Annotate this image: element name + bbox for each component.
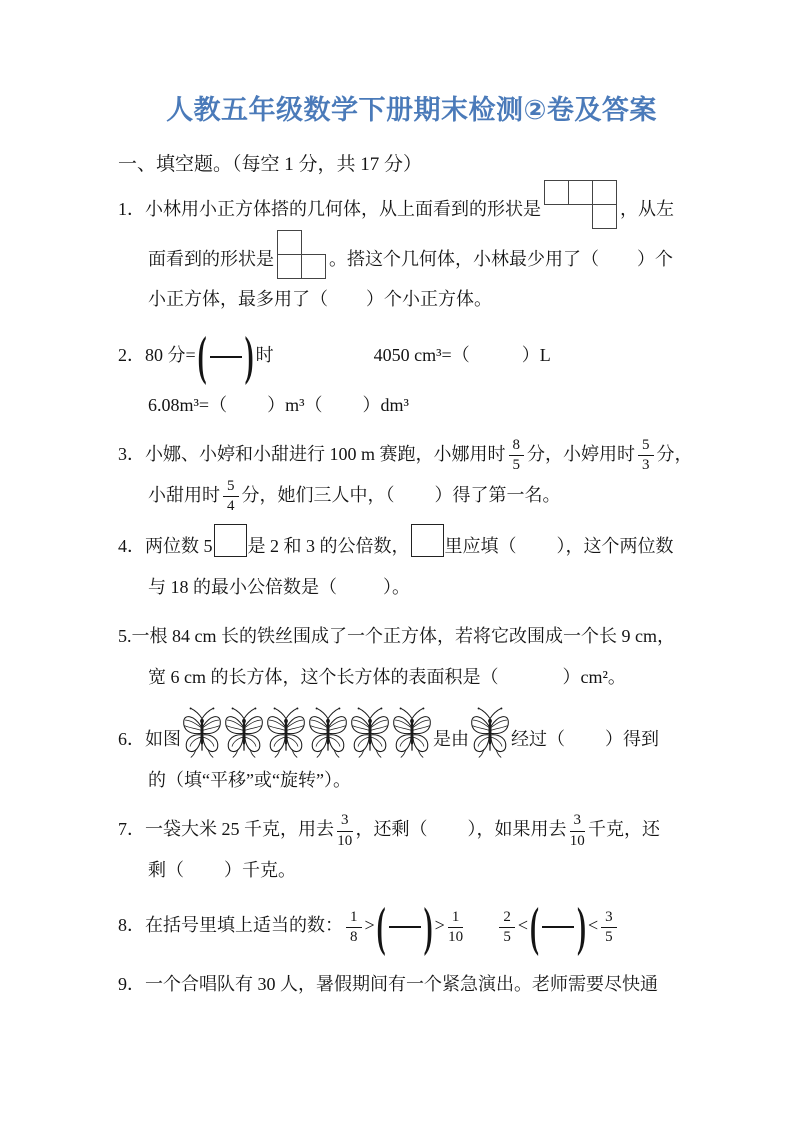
fraction-numerator: 3: [570, 812, 586, 831]
fraction: 18: [346, 909, 362, 947]
grid-cell: [301, 254, 326, 279]
question-number: 2．: [118, 345, 145, 365]
answer-blank: （）: [452, 345, 540, 365]
fraction-denominator: 4: [223, 497, 239, 515]
fraction-blank: (): [377, 899, 433, 955]
empty-box: [214, 524, 247, 557]
answer-blank: （）: [386, 485, 453, 505]
big-paren-open: (: [530, 900, 539, 954]
section-heading: 一、填空题。（每空 1 分，共 17 分）: [118, 149, 705, 176]
question-9: 9．一个合唱队有 30 人，暑假期间有一个紧急演出。老师需要尽快通: [118, 964, 705, 1005]
text-segment: 面看到的形状是: [148, 249, 274, 269]
butterfly-icon: [350, 706, 390, 758]
text-segment: 一个合唱队有 30 人，暑假期间有一个紧急演出。老师需要尽快通: [145, 974, 658, 994]
text-segment: 在括号里填上适当的数：: [145, 916, 343, 936]
paren-open: （: [481, 667, 499, 687]
fraction-denominator: 10: [570, 832, 586, 850]
page-title: 人教五年级数学下册期末检测②卷及答案: [118, 88, 705, 127]
question-number: 5.: [118, 626, 132, 646]
text-segment: 4050 cm³=: [374, 345, 452, 365]
paren-open: （: [386, 485, 395, 505]
text-segment: 宽 6 cm 的长方体，这个长方体的表面积是: [148, 667, 481, 687]
butterfly-icon: [350, 706, 390, 758]
text-segment: 一根 84 cm 长的铁丝围成了一个正方体，若将它改围成一个长 9 cm，: [132, 626, 675, 646]
text-segment: ，这个两位数: [566, 536, 674, 556]
text-segment: 小甜用时: [148, 485, 220, 505]
question-list: 1．小林用小正方体搭的几何体，从上面看到的形状是，从左面看到的形状是。搭这个几何…: [118, 180, 705, 1005]
text-segment: ，从左: [620, 199, 674, 219]
question-4: 4．两位数 5是 2 和 3 的公倍数，里应填（），这个两位数与 18 的最小公…: [118, 524, 705, 607]
text-segment: 千克。: [242, 860, 296, 880]
fraction: 310: [337, 812, 353, 850]
question-number: 8．: [118, 916, 145, 936]
fraction: 53: [638, 437, 654, 475]
paren-close: ）: [522, 345, 540, 365]
fraction-denominator: 5: [601, 928, 617, 946]
butterfly-icon: [392, 706, 432, 758]
fraction-numerator: 5: [638, 437, 654, 456]
fraction: 35: [601, 909, 617, 947]
butterfly-icon: [224, 706, 264, 758]
text-segment: m³: [285, 395, 304, 415]
question-number: 1．: [118, 199, 145, 219]
fraction-denominator: 10: [448, 928, 464, 946]
paren-close: ）: [224, 860, 242, 880]
answer-blank: （）: [304, 395, 380, 415]
text-segment: 如图: [145, 729, 181, 749]
butterfly-icon: [266, 706, 306, 758]
fraction-denominator: 10: [337, 832, 353, 850]
text-segment: 小正方体，最多用了: [148, 289, 310, 309]
answer-blank: （）: [499, 536, 566, 556]
fraction-numerator: 3: [337, 812, 353, 831]
question-number: 4．: [118, 536, 145, 556]
answer-blank: （）: [310, 289, 384, 309]
big-paren-close: ): [245, 330, 254, 384]
exam-page: 人教五年级数学下册期末检测②卷及答案 一、填空题。（每空 1 分，共 17 分）…: [0, 0, 793, 1122]
butterfly-icon: [308, 706, 348, 758]
paren-close: ）: [366, 289, 384, 309]
left-view-shape-image: [277, 230, 326, 279]
fraction-bar-blank: [210, 356, 242, 358]
text-segment: 分，: [657, 444, 693, 464]
text-segment: >: [365, 916, 375, 936]
text-segment: cm²。: [581, 667, 626, 687]
text-segment: 分，小婷用时: [527, 444, 635, 464]
grid-cell: [544, 180, 569, 205]
fraction-bar-blank: [542, 926, 574, 928]
text-segment: 的（填“平移”或“旋转”）。: [148, 770, 351, 790]
paren-close: ）: [563, 667, 581, 687]
big-paren-open: (: [377, 900, 386, 954]
paren-open: （: [209, 395, 227, 415]
fraction-numerator: 5: [223, 478, 239, 497]
answer-blank: （）: [410, 819, 477, 839]
fraction-numerator: 8: [509, 437, 525, 456]
fraction-blank: (): [198, 329, 254, 385]
text-segment: 里应填: [445, 536, 499, 556]
question-5: 5.一根 84 cm 长的铁丝围成了一个正方体，若将它改围成一个长 9 cm，宽…: [118, 616, 705, 697]
text-segment: <: [588, 916, 598, 936]
butterfly-icon: [182, 706, 222, 758]
butterfly-icon: [308, 706, 348, 758]
paren-close: ）: [383, 577, 392, 597]
answer-blank: （）: [481, 667, 581, 687]
paren-open: （: [547, 729, 565, 749]
text-segment: 剩: [148, 860, 166, 880]
top-view-shape-image: [544, 180, 617, 229]
paren-open: （: [310, 289, 328, 309]
text-segment: 。搭这个几何体，小林最少用了: [329, 249, 581, 269]
answer-blank: （）: [319, 577, 392, 597]
big-paren-open: (: [198, 330, 207, 384]
question-number: 7．: [118, 819, 145, 839]
fraction-denominator: 3: [638, 456, 654, 474]
butterfly-icon: [470, 706, 510, 758]
paren-close: ）: [435, 485, 453, 505]
text-segment: 经过: [511, 729, 547, 749]
paren-close: ）: [468, 819, 477, 839]
text-segment: 两位数 5: [145, 536, 213, 556]
grid-cell: [277, 254, 302, 279]
question-3: 3．小娜、小婷和小甜进行 100 m 赛跑，小娜用时85分，小婷用时53分，小甜…: [118, 434, 705, 515]
question-number: 3．: [118, 444, 145, 464]
paren-close: ）: [267, 395, 285, 415]
text-segment: 分，她们三人中，: [242, 485, 386, 505]
question-number: 9．: [118, 974, 145, 994]
text-segment: 得到: [623, 729, 659, 749]
grid-cell: [568, 180, 593, 205]
fraction-bar-blank: [389, 926, 421, 928]
empty-box: [411, 524, 444, 557]
text-segment: 时: [256, 345, 274, 365]
paren-open: （: [166, 860, 184, 880]
text-segment: 千克，还: [588, 819, 660, 839]
paren-close: ）: [557, 536, 566, 556]
text-segment: L: [540, 345, 551, 365]
paren-open: （: [319, 577, 337, 597]
question-number: 6．: [118, 729, 145, 749]
text-segment: >: [435, 916, 445, 936]
question-1: 1．小林用小正方体搭的几何体，从上面看到的形状是，从左面看到的形状是。搭这个几何…: [118, 180, 705, 320]
answer-blank: （）: [581, 249, 655, 269]
fraction: 54: [223, 478, 239, 516]
butterfly-icon: [470, 706, 510, 758]
fraction-denominator: 5: [499, 928, 515, 946]
text-segment: <: [518, 916, 528, 936]
grid-cell: [592, 180, 617, 205]
butterfly-icon: [266, 706, 306, 758]
paren-close: ）: [637, 249, 655, 269]
text-segment: 80 分=: [145, 345, 196, 365]
paren-open: （: [410, 819, 428, 839]
paren-open: （: [581, 249, 599, 269]
text-segment: 小林用小正方体搭的几何体，从上面看到的形状是: [145, 199, 541, 219]
fraction: 85: [509, 437, 525, 475]
question-6: 6．如图是由经过（）得到的（填“平移”或“旋转”）。: [118, 706, 705, 800]
text-segment: 与 18 的最小公倍数是: [148, 577, 319, 597]
big-paren-close: ): [424, 900, 433, 954]
butterfly-icon: [224, 706, 264, 758]
paren-close: ）: [362, 395, 380, 415]
fraction-numerator: 2: [499, 909, 515, 928]
fraction: 310: [570, 812, 586, 850]
question-2: 2．80 分=()时4050 cm³=（）L6.08m³=（）m³（）dm³: [118, 329, 705, 426]
fraction-denominator: 8: [346, 928, 362, 946]
text-segment: 得了第一名。: [453, 485, 561, 505]
paren-open: （: [499, 536, 517, 556]
fraction: 110: [448, 909, 464, 947]
text-segment: ，如果用去: [477, 819, 567, 839]
butterfly-icon: [182, 706, 222, 758]
answer-blank: （）: [166, 860, 242, 880]
fraction: 25: [499, 909, 515, 947]
text-segment: 个小正方体。: [384, 289, 492, 309]
paren-open: （: [452, 345, 470, 365]
fraction-numerator: 1: [346, 909, 362, 928]
paren-open: （: [304, 395, 322, 415]
text-segment: dm³: [380, 395, 408, 415]
text-segment: 6.08m³=: [148, 395, 209, 415]
text-segment: 。: [392, 577, 410, 597]
answer-blank: （）: [547, 729, 623, 749]
paren-close: ）: [605, 729, 623, 749]
grid-cell: [592, 204, 617, 229]
big-paren-close: ): [577, 900, 586, 954]
fraction-numerator: 1: [448, 909, 464, 928]
text-segment: ，还剩: [356, 819, 410, 839]
fraction-numerator: 3: [601, 909, 617, 928]
grid-cell: [277, 230, 302, 255]
answer-blank: （）: [209, 395, 285, 415]
question-7: 7．一袋大米 25 千克，用去310，还剩（），如果用去310千克，还剩（）千克…: [118, 809, 705, 890]
text-segment: 是 2 和 3 的公倍数，: [248, 536, 410, 556]
butterfly-icon: [392, 706, 432, 758]
text-segment: 小娜、小婷和小甜进行 100 m 赛跑，小娜用时: [145, 444, 506, 464]
question-8: 8．在括号里填上适当的数：18>()>11025<()<35: [118, 899, 705, 955]
text-segment: 是由: [433, 729, 469, 749]
fraction-blank: (): [530, 899, 586, 955]
text-segment: 个: [655, 249, 673, 269]
fraction-denominator: 5: [509, 456, 525, 474]
text-segment: 一袋大米 25 千克，用去: [145, 819, 334, 839]
